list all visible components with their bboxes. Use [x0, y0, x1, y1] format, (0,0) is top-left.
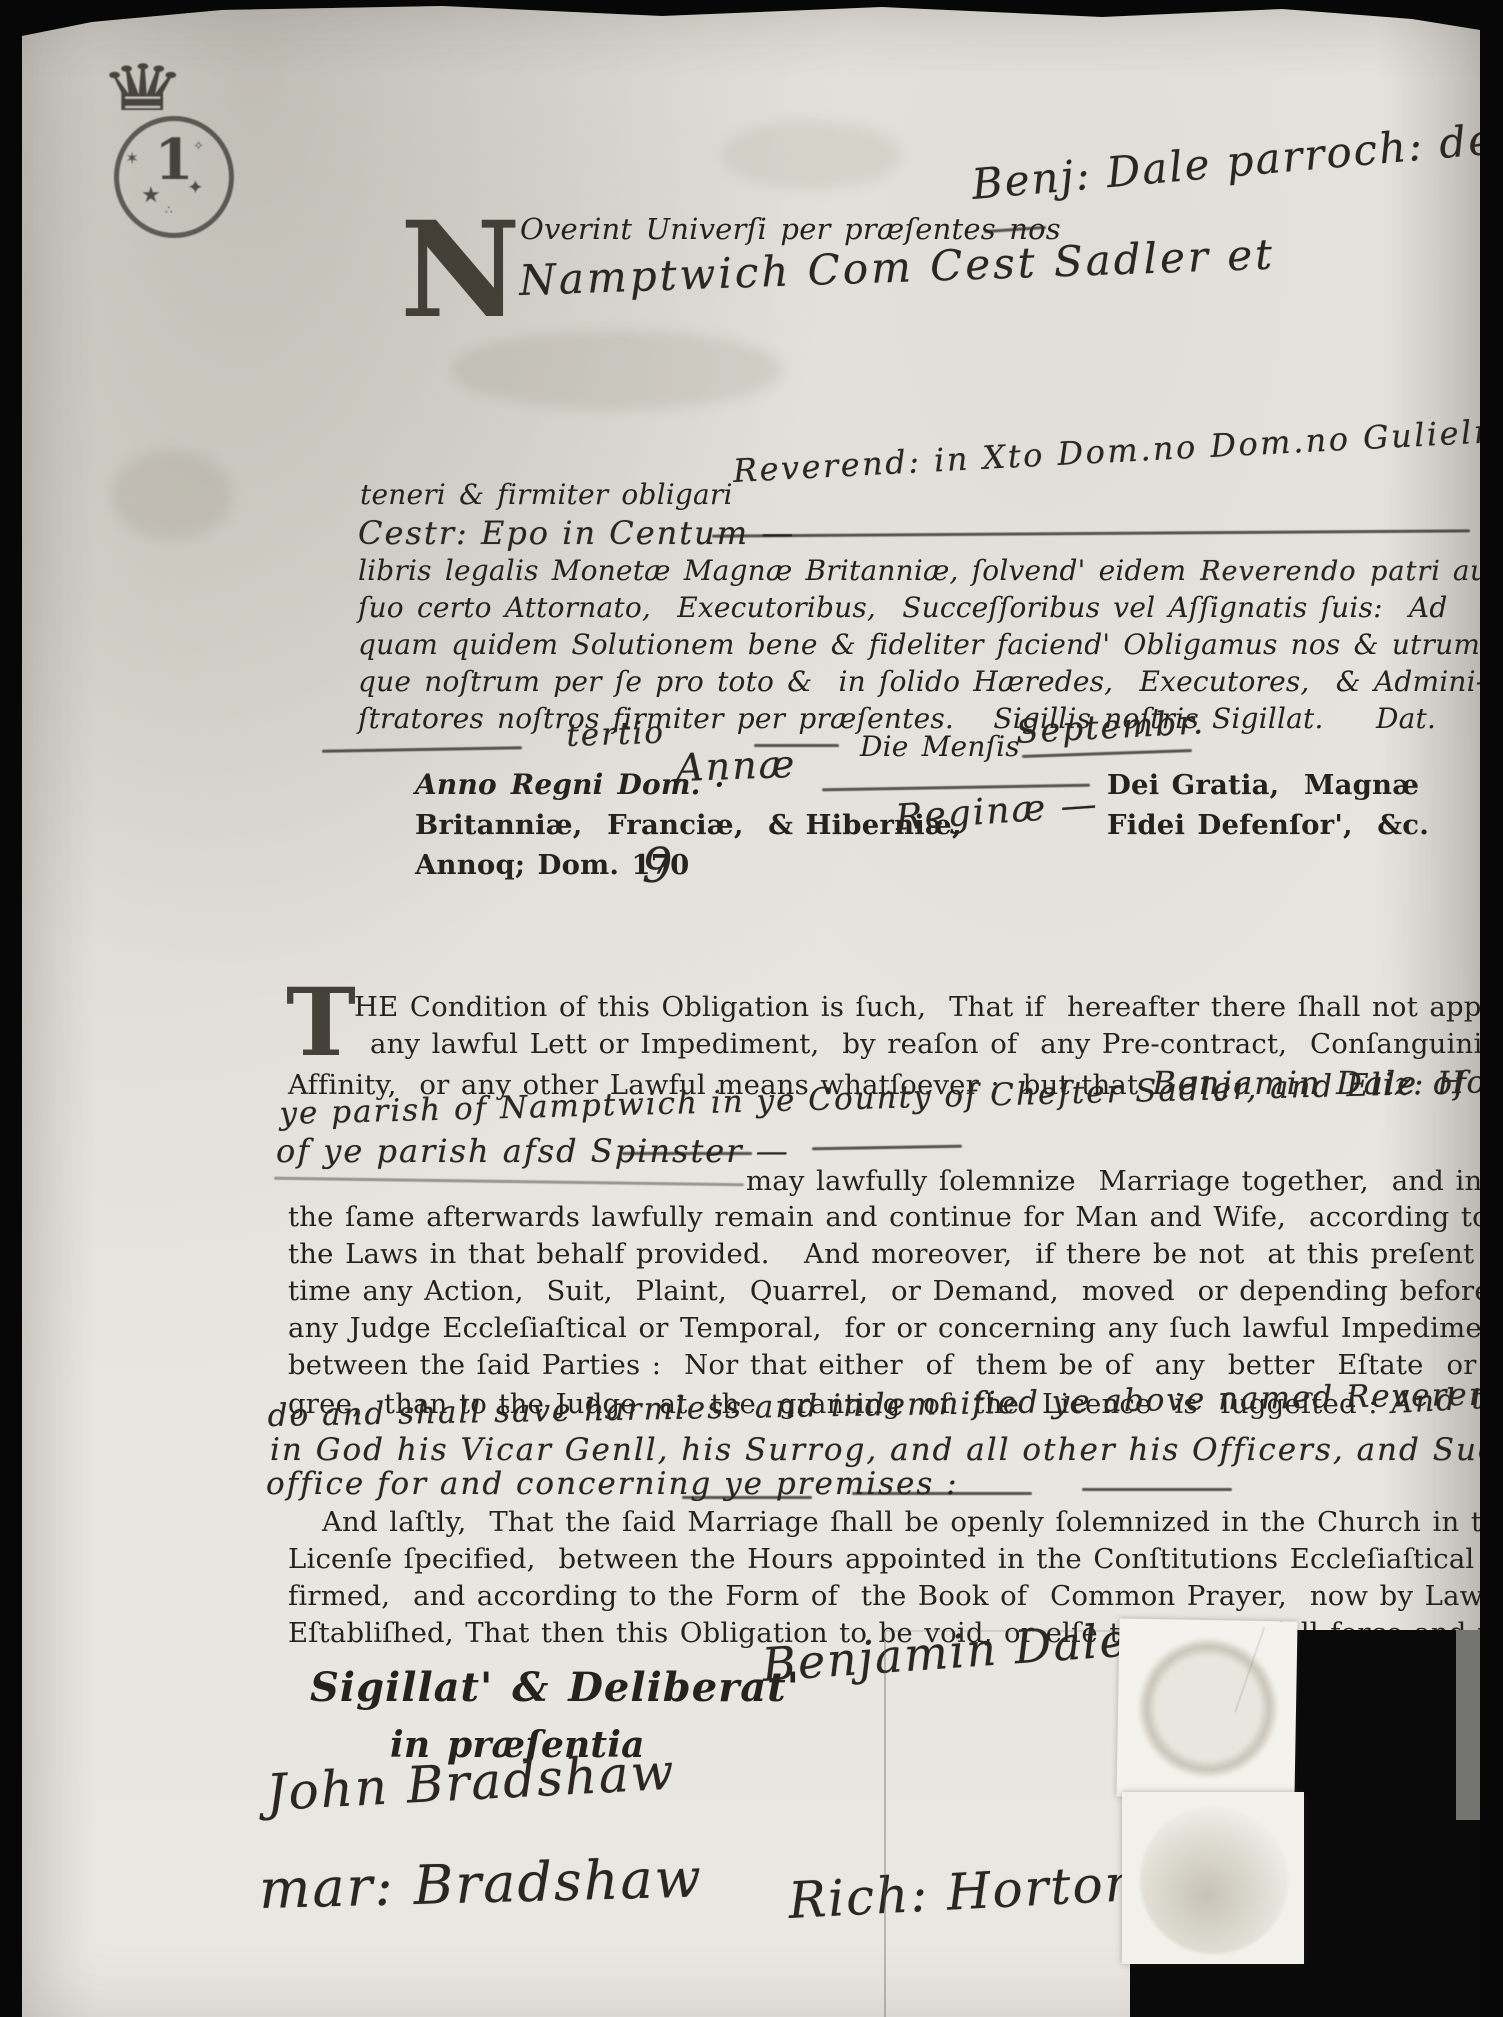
printed-line: libris legalis Monetæ Magnæ Britanniæ, ſ… [358, 556, 1500, 587]
hw-insert: Reverendo patri [1200, 557, 1441, 587]
printed-line: firmed, and according to the Form of the… [288, 1581, 1483, 1611]
hw-year-digit: 9 [642, 838, 675, 894]
drop-cap-n: N [400, 218, 521, 324]
printed-regnal-line: Dei Gratia, Magnæ [1107, 770, 1419, 800]
drop-cap-t: T [286, 986, 356, 1061]
printed-line: any Judge Eccleſiaſtical or Temporal, fo… [288, 1313, 1503, 1343]
star-icon: ✶ [125, 149, 139, 169]
hw-bondsman-name: Benj: Dale parroch: de [970, 114, 1497, 209]
star-icon: ✦ [187, 175, 204, 199]
printed-text: aut [1453, 554, 1500, 587]
printed-line: ſuo certo Attornato, Executoribus, Succe… [358, 593, 1447, 624]
scan-void-area [1282, 1630, 1480, 1966]
hw-bride-parish: of ye parish afsd Spinster — [276, 1132, 790, 1170]
wax-seal-impression [1137, 1637, 1279, 1779]
seal-paper-square [1122, 1792, 1304, 1964]
printed-line: the ſame afterwards lawfully remain and … [288, 1202, 1489, 1232]
paper-stain [722, 120, 902, 190]
printed-line: any lawful Lett or Impediment, by reaſon… [370, 1029, 1503, 1059]
hw-day: tertio [566, 715, 666, 754]
printed-line: And laſtly, That the ſaid Marriage ſhall… [322, 1507, 1503, 1537]
paper-stain [112, 450, 232, 540]
printed-text: libris legalis Monetæ Magnæ Britanniæ, ſ… [358, 554, 1186, 587]
document-paper: ♛ 1 ✶ ✧ ★ ✦ ∴ N Overint Univerſi per præ… [22, 0, 1480, 2017]
printed-month-label: Die Menſis [860, 732, 1020, 763]
hw-indemnity-line: do and shall save harmless and indemnifi… [267, 1374, 1503, 1434]
pen-stroke [712, 529, 1470, 537]
hw-sum-line: Cestr: Epo in Centum — [358, 514, 795, 552]
printed-line: may lawfully ſolemnize Marriage together… [746, 1166, 1482, 1196]
pen-stroke [852, 1492, 1032, 1495]
hw-regina: Reginæ — [894, 784, 1100, 839]
hw-indemnity-line: office for and concerning ye premises : [266, 1466, 959, 1502]
pen-flourish [274, 1177, 744, 1187]
seal-paper-square [1116, 1618, 1297, 1799]
signature-rich-horton: Rich: Horton [787, 1854, 1140, 1930]
signature-john-bradshaw: John Bradshaw [265, 1743, 677, 1822]
printed-line: teneri & firmiter obligari [360, 480, 733, 511]
wax-seal-impression [1140, 1806, 1288, 1954]
star-icon: ✧ [193, 139, 204, 154]
paper-fold-edge [884, 1632, 886, 2017]
stamp-circle: 1 ✶ ✧ ★ ✦ ∴ [114, 116, 234, 238]
printed-line: Licenſe ſpecified, between the Hours app… [288, 1544, 1503, 1574]
scan-edge-strip [1456, 1630, 1480, 1820]
scan-void-area [1130, 1964, 1480, 2017]
printed-sealed-label: Sigillat' & Deliberat' [310, 1666, 800, 1710]
pen-stroke [322, 746, 522, 752]
printed-regnal-line: Britanniæ, Franciæ, & Hiberniæ, [415, 810, 962, 840]
pen-stroke [1082, 1488, 1232, 1491]
pen-stroke [812, 1145, 962, 1151]
hw-bishop-name: Reverend: in Xto Dom.no Dom.no Gulielmo [732, 410, 1503, 490]
printed-line: HE Condition of this Obligation is ſuch,… [354, 992, 1503, 1022]
signature-mar-bradshaw: mar: Bradshaw [258, 1846, 703, 1921]
dots-icon: ∴ [165, 203, 173, 217]
crown-duty-stamp: ♛ 1 ✶ ✧ ★ ✦ ∴ [100, 60, 260, 260]
printed-line: quam quidem Solutionem bene & fideliter … [358, 630, 1490, 661]
hw-queen-name: Annæ [675, 742, 797, 790]
printed-line: the Laws in that behalf provided. And mo… [288, 1239, 1474, 1269]
scanned-page: ♛ 1 ✶ ✧ ★ ✦ ∴ N Overint Univerſi per præ… [0, 0, 1503, 2017]
printed-regnal-line: Fidei Defenſor', &c. [1107, 810, 1429, 840]
pen-stroke [682, 1496, 812, 1499]
printed-line: que noſtrum per ſe pro toto & in ſolido … [358, 667, 1485, 698]
pen-stroke [622, 1152, 752, 1155]
printed-line: time any Action, Suit, Plaint, Quarrel, … [288, 1276, 1491, 1306]
star-icon: ★ [141, 183, 161, 208]
pen-stroke [1022, 749, 1192, 758]
hw-indemnity-line: in God his Vicar Genll, his Surrog, and … [270, 1432, 1503, 1468]
crown-icon: ♛ [98, 52, 187, 126]
printed-line: between the ſaid Parties : Nor that eith… [288, 1350, 1503, 1380]
